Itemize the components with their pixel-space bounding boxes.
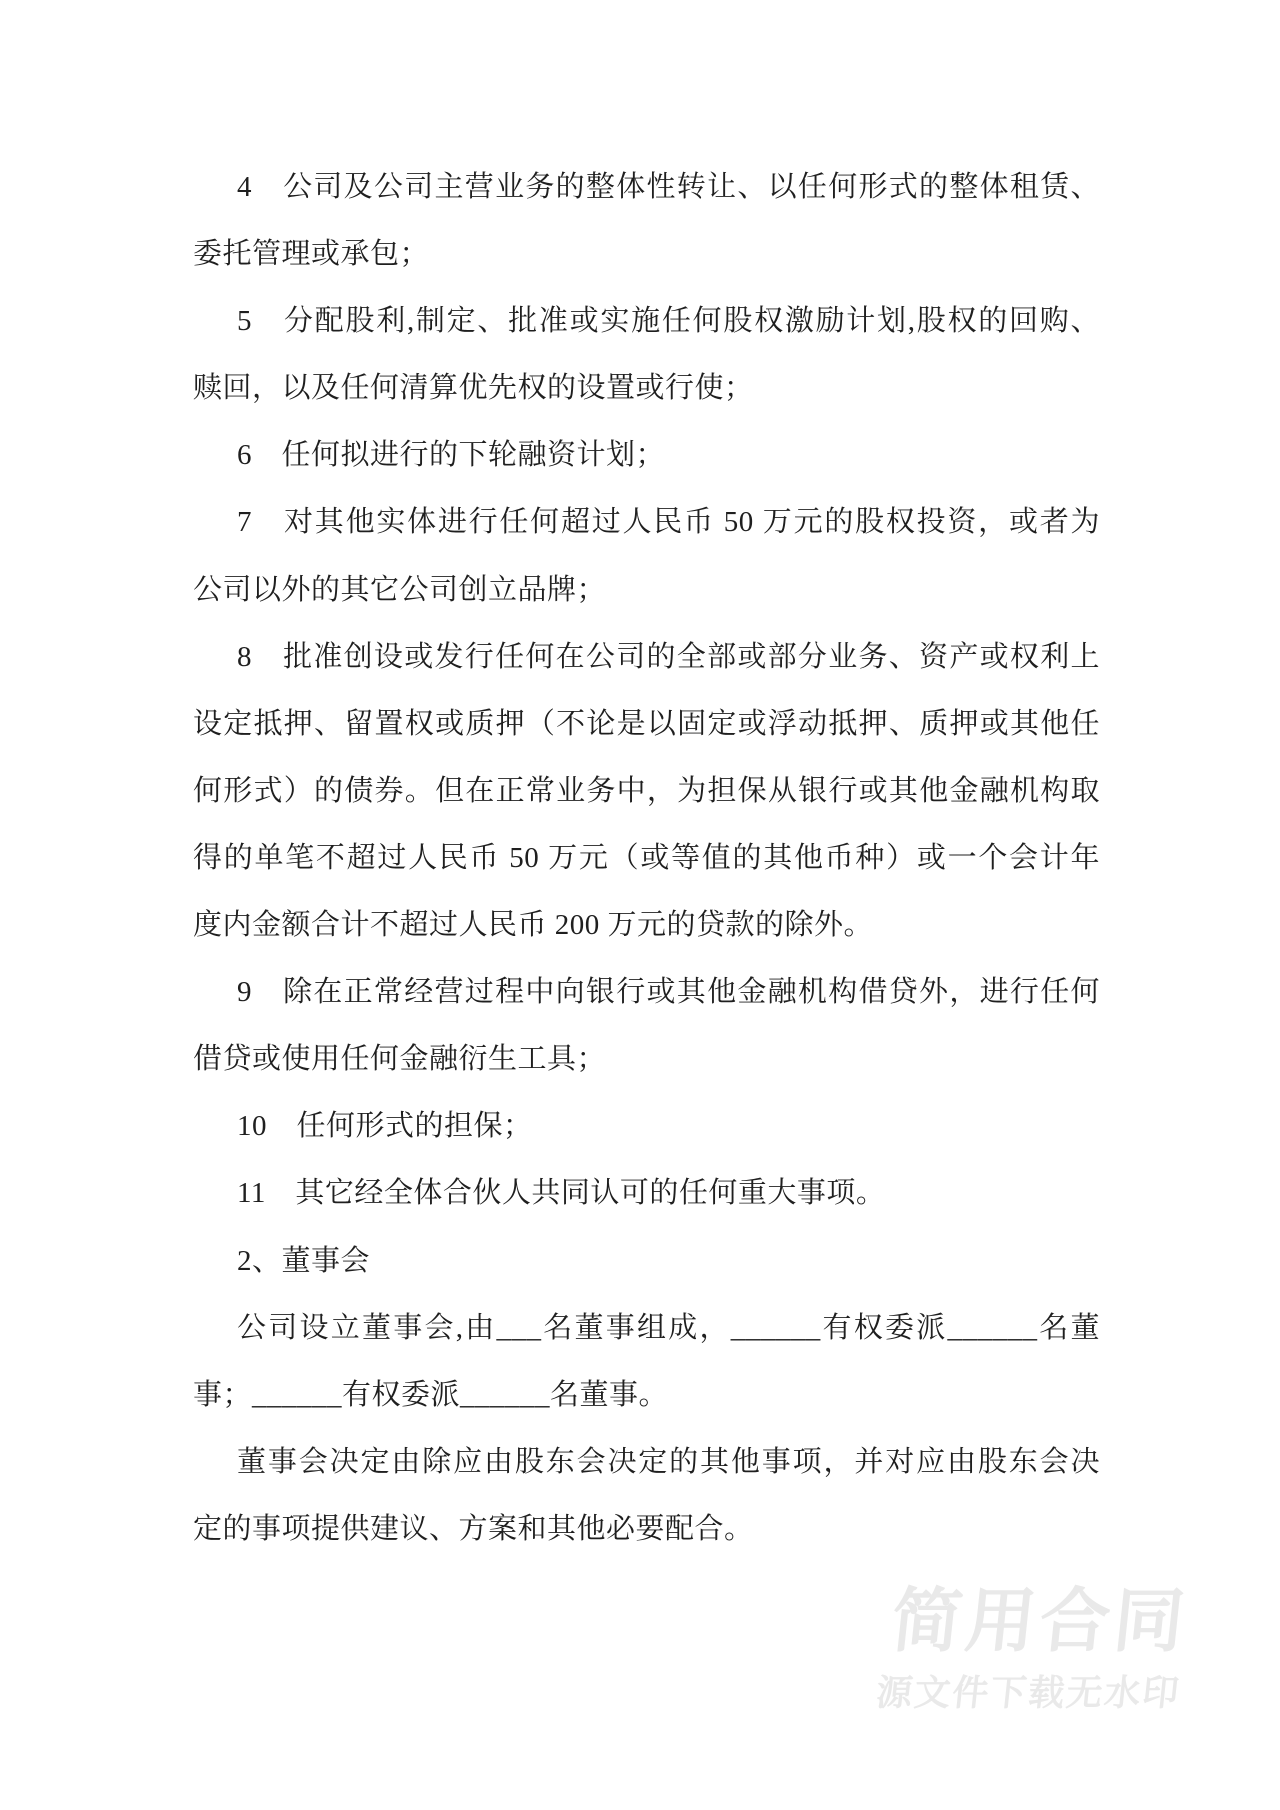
text-line: 董事会决定由除应由股东会决定的其他事项，并对应由股东会决: [193, 1429, 1100, 1496]
text-line: 公司设立董事会,由___名董事组成，______有权委派______名董: [193, 1295, 1100, 1362]
text-line: 委托管理或承包；: [193, 221, 1100, 288]
text-line: 借贷或使用任何金融衍生工具；: [193, 1026, 1100, 1093]
text-line: 赎回，以及任何清算优先权的设置或行使；: [193, 355, 1100, 422]
text-line: 得的单笔不超过人民币 50 万元（或等值的其他币种）或一个会计年: [193, 825, 1100, 892]
text-line: 7 对其他实体进行任何超过人民币 50 万元的股权投资，或者为: [193, 489, 1100, 556]
text-line: 2、董事会: [193, 1228, 1100, 1295]
text-line: 公司以外的其它公司创立品牌；: [193, 557, 1100, 624]
document-body: 4 公司及公司主营业务的整体性转让、以任何形式的整体租赁、委托管理或承包；5 分…: [193, 154, 1100, 1563]
text-line: 10 任何形式的担保；: [193, 1093, 1100, 1160]
text-line: 度内金额合计不超过人民币 200 万元的贷款的除外。: [193, 892, 1100, 959]
text-line: 4 公司及公司主营业务的整体性转让、以任何形式的整体租赁、: [193, 154, 1100, 221]
text-line: 6 任何拟进行的下轮融资计划；: [193, 422, 1100, 489]
watermark-title: 简用合同: [880, 1588, 1191, 1654]
text-line: 8 批准创设或发行任何在公司的全部或部分业务、资产或权利上: [193, 624, 1100, 691]
text-line: 9 除在正常经营过程中向银行或其他金融机构借贷外，进行任何: [193, 959, 1100, 1026]
text-line: 11 其它经全体合伙人共同认可的任何重大事项。: [193, 1160, 1100, 1227]
text-line: 设定抵押、留置权或质押（不论是以固定或浮动抵押、质押或其他任: [193, 691, 1100, 758]
document-page: 4 公司及公司主营业务的整体性转让、以任何形式的整体租赁、委托管理或承包；5 分…: [0, 0, 1280, 1810]
watermark-subtitle: 源文件下载无水印: [875, 1676, 1183, 1710]
text-line: 何形式）的债券。但在正常业务中，为担保从银行或其他金融机构取: [193, 758, 1100, 825]
text-line: 事；______有权委派______名董事。: [193, 1362, 1100, 1429]
text-line: 5 分配股利,制定、批准或实施任何股权激励计划,股权的回购、: [193, 288, 1100, 355]
watermark: 简用合同 源文件下载无水印: [875, 1588, 1192, 1710]
text-line: 定的事项提供建议、方案和其他必要配合。: [193, 1496, 1100, 1563]
